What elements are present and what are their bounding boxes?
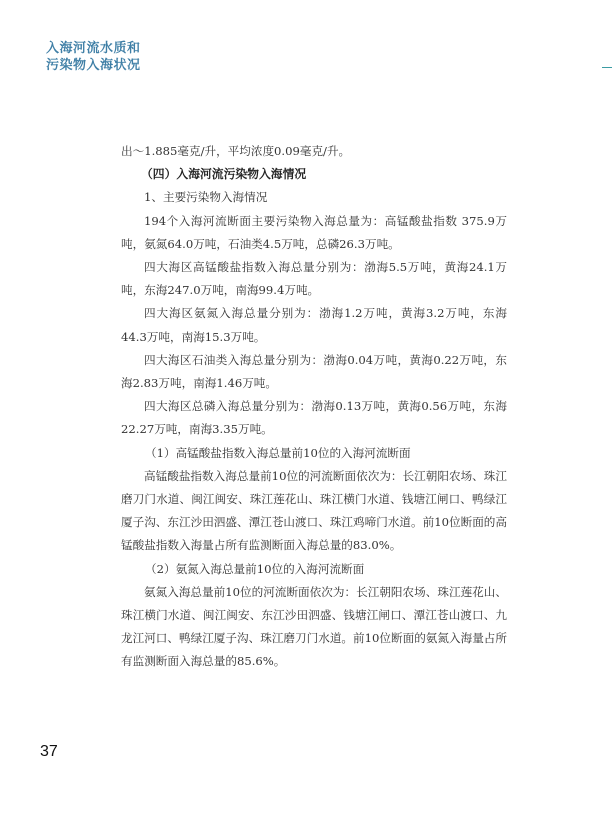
paragraph-tp-by-sea: 四大海区总磷入海总量分别为：渤海0.13万吨，黄海0.56万吨，东海22.27万…	[121, 395, 507, 441]
continuation-paragraph: 出～1.885毫克/升，平均浓度0.09毫克/升。	[121, 140, 507, 163]
page-body: 出～1.885毫克/升，平均浓度0.09毫克/升。 （四）入海河流污染物入海情况…	[121, 140, 507, 674]
section-heading: （四）入海河流污染物入海情况	[121, 163, 507, 186]
running-header-line-1: 入海河流水质和	[46, 40, 141, 57]
running-header: 入海河流水质和 污染物入海状况	[46, 40, 141, 74]
heading-codmn-top10: （1）高锰酸盐指数入海总量前10位的入海河流断面	[121, 442, 507, 465]
paragraph-nh3-top10: 氨氮入海总量前10位的河流断面依次为：长江朝阳农场、珠江莲花山、珠江横门水道、闽…	[121, 581, 507, 674]
paragraph-total-pollutants: 194个入海河流断面主要污染物入海总量为：高锰酸盐指数 375.9万吨，氨氮64…	[121, 210, 507, 256]
edge-rule-divider	[602, 67, 612, 68]
paragraph-nh3-by-sea: 四大海区氨氮入海总量分别为：渤海1.2万吨，黄海3.2万吨，东海44.3万吨，南…	[121, 302, 507, 348]
subsection-heading: 1、主要污染物入海情况	[121, 186, 507, 209]
heading-nh3-top10: （2）氨氮入海总量前10位的入海河流断面	[121, 558, 507, 581]
paragraph-codmn-by-sea: 四大海区高锰酸盐指数入海总量分别为：渤海5.5万吨，黄海24.1万吨，东海247…	[121, 256, 507, 302]
paragraph-oil-by-sea: 四大海区石油类入海总量分别为：渤海0.04万吨，黄海0.22万吨，东海2.83万…	[121, 349, 507, 395]
running-header-line-2: 污染物入海状况	[46, 57, 141, 74]
page-number: 37	[40, 743, 58, 761]
paragraph-codmn-top10: 高锰酸盐指数入海总量前10位的河流断面依次为：长江朝阳农场、珠江磨刀门水道、闽江…	[121, 465, 507, 558]
